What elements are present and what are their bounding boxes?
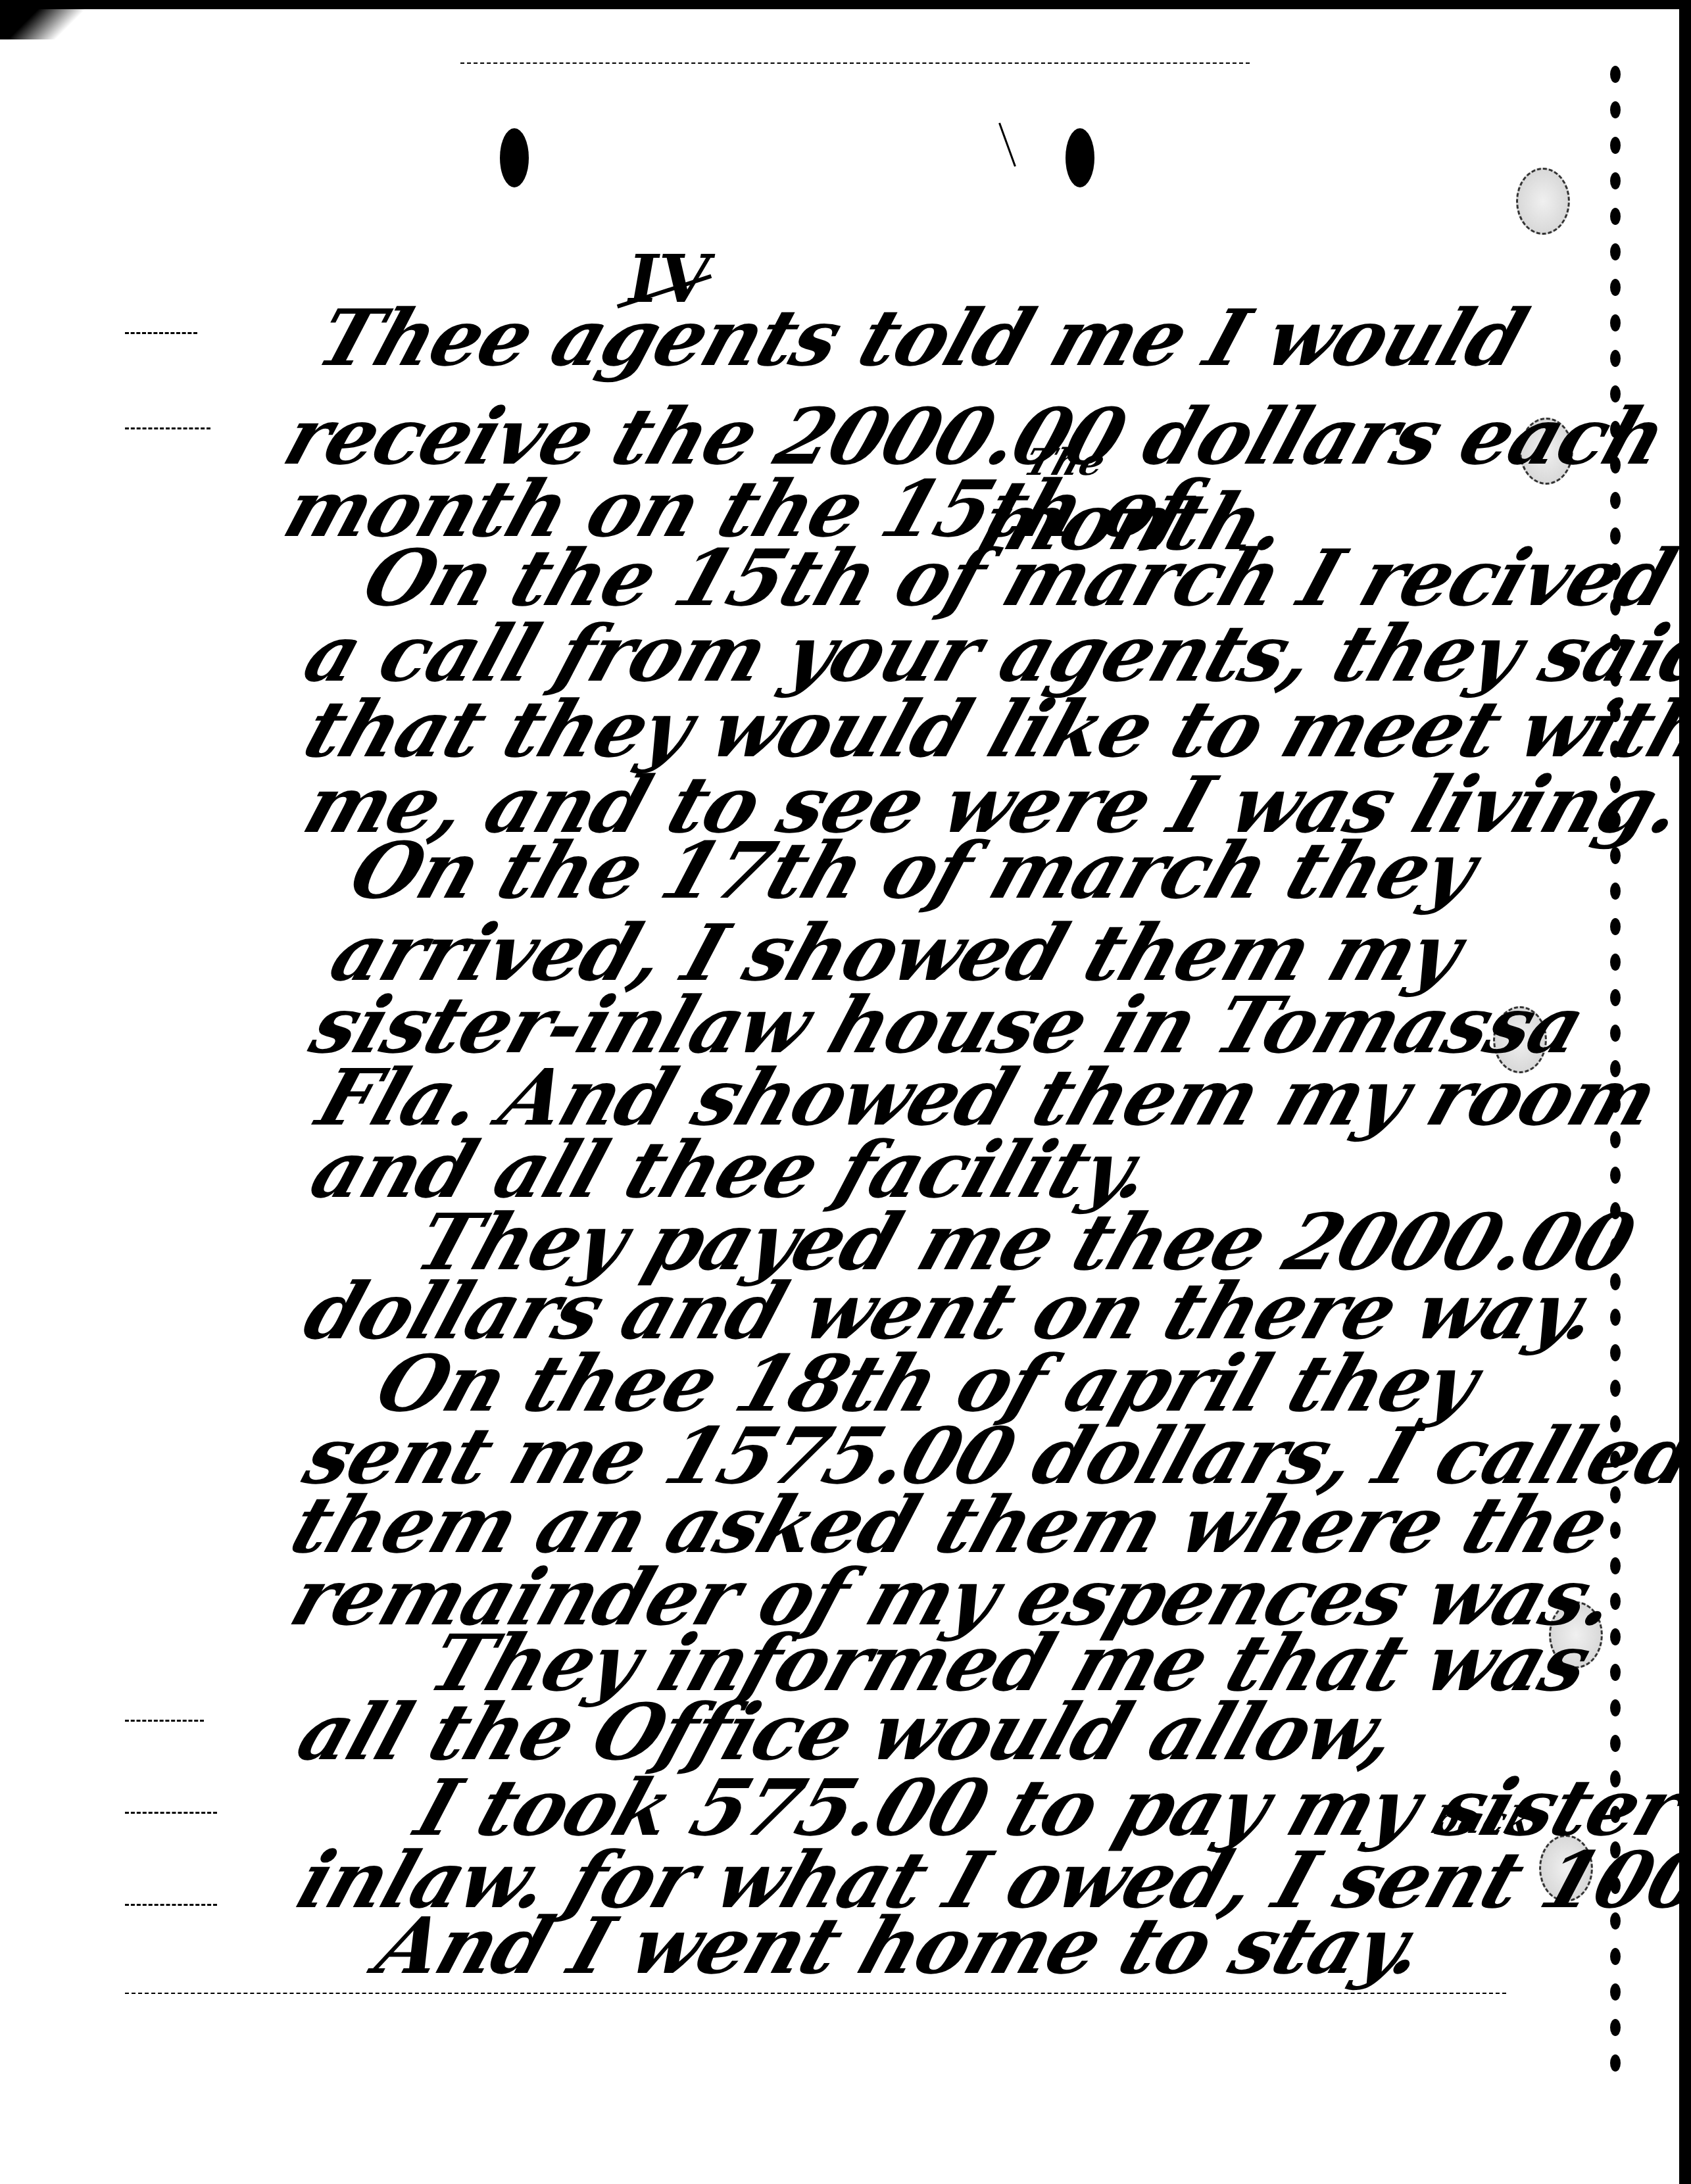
- spiral-dot: [1610, 2054, 1621, 2072]
- spiral-dot: [1610, 208, 1621, 225]
- handwritten-line: And I went home to stay.: [368, 1907, 1433, 1985]
- spiral-dot: [1610, 989, 1621, 1006]
- spiral-dot: [1610, 918, 1621, 935]
- spiral-dot: [1610, 1344, 1621, 1361]
- handwritten-line: On the 17th of march they: [342, 832, 1484, 910]
- notebook-page: IV Thee agents told me I would receive t…: [0, 0, 1691, 2184]
- spiral-dot: [1610, 954, 1621, 971]
- spiral-dot: [1610, 172, 1621, 189]
- ruling-dash: [125, 332, 197, 334]
- spiral-dot: [1610, 1948, 1621, 1965]
- spiral-dot: [1610, 350, 1621, 367]
- handwritten-line: a call from your agents, they said: [296, 615, 1691, 692]
- binding-hole: [1516, 168, 1570, 235]
- ruling-dash: [460, 62, 1250, 64]
- handwritten-line: Thee agents told me I would: [309, 299, 1534, 377]
- spiral-dot: [1610, 1699, 1621, 1716]
- spiral-dot: [1610, 137, 1621, 154]
- spiral-dot: [1610, 243, 1621, 260]
- ruling-dash: [125, 1812, 217, 1814]
- scan-top-edge: [0, 0, 1691, 9]
- ruling-dash: [125, 1720, 204, 1722]
- spiral-dot: [1610, 1380, 1621, 1397]
- handwritten-line: that they would like to meet with: [296, 691, 1691, 768]
- punch-hole-mark: [500, 128, 529, 187]
- spiral-dot: [1610, 1983, 1621, 2001]
- spiral-dot: [1610, 1628, 1621, 1645]
- spiral-dot: [1610, 1735, 1621, 1752]
- spiral-dot: [1610, 279, 1621, 296]
- spiral-dot: [1610, 1309, 1621, 1326]
- spiral-dot: [1610, 2019, 1621, 2036]
- stray-mark: [998, 123, 1016, 167]
- handwritten-line: all the Office would allow,: [289, 1693, 1406, 1771]
- scan-torn-corner: [0, 0, 118, 39]
- spiral-dot: [1610, 883, 1621, 900]
- spiral-dot: [1610, 1167, 1621, 1184]
- spiral-dot: [1610, 101, 1621, 118]
- ruling-dash: [125, 1904, 217, 1906]
- spiral-dot: [1610, 1025, 1621, 1042]
- ruling-dash: [125, 1993, 1506, 1994]
- spiral-dot: [1610, 492, 1621, 509]
- spiral-dot: [1610, 66, 1621, 83]
- handwritten-line: On the 15th of march I recived: [355, 539, 1683, 617]
- spiral-dot: [1610, 1664, 1621, 1681]
- spiral-dot: [1610, 1522, 1621, 1539]
- ruling-dash: [125, 427, 210, 429]
- spiral-dot: [1610, 314, 1621, 331]
- punch-hole-mark: [1066, 128, 1094, 187]
